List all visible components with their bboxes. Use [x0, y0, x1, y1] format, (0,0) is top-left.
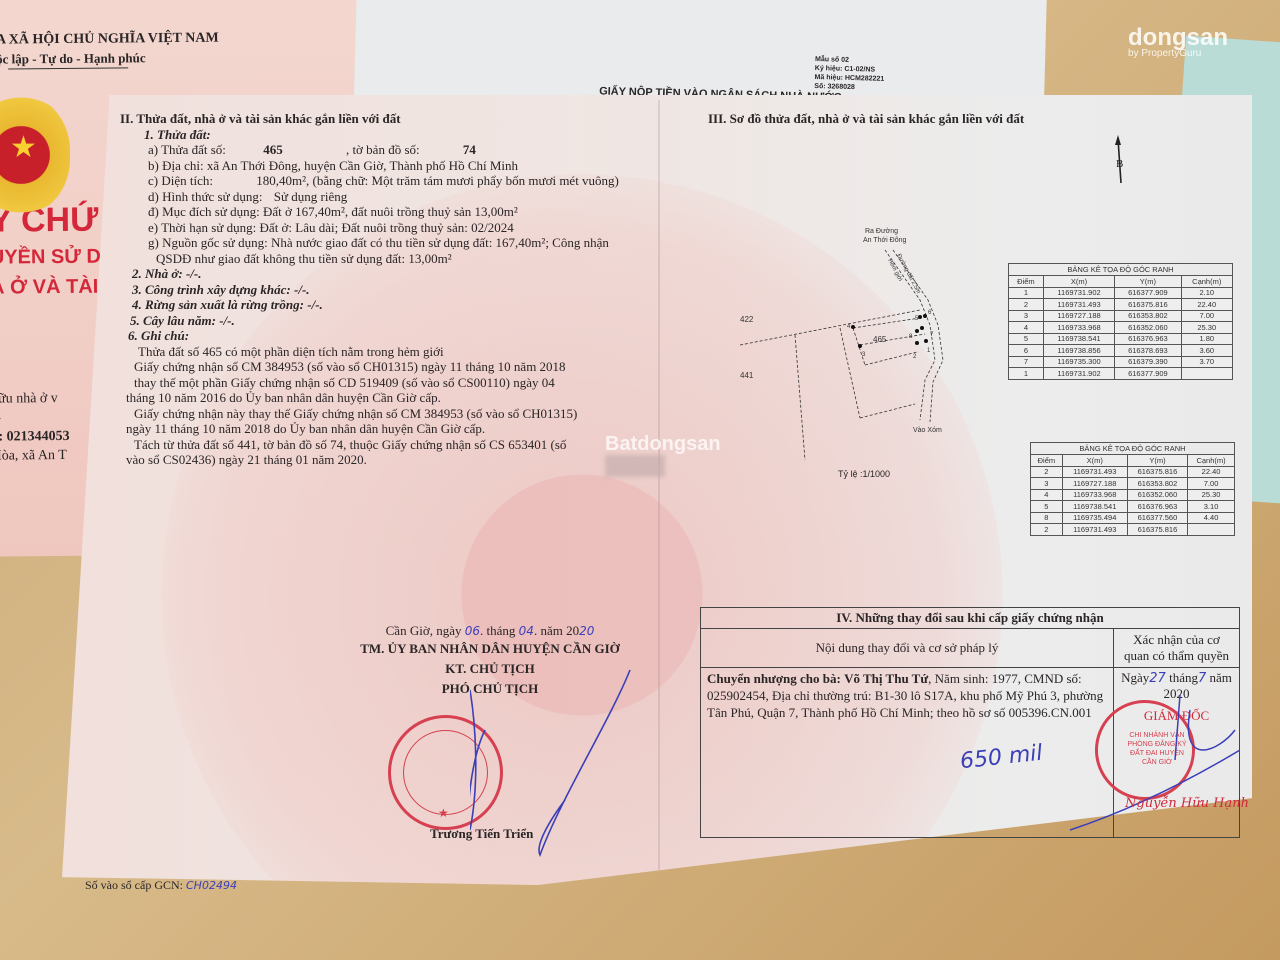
note-line: Tách từ thửa đất số 441, tờ bản đồ số 74…	[120, 437, 619, 453]
owner-line-4: Hòa, xã An T	[0, 448, 67, 465]
field-parcel: a) Thửa đất số: 465 , tờ bản đồ số: 74	[120, 142, 619, 158]
perennial-label: 5. Cây lâu năm:	[130, 313, 216, 328]
field-term: e) Thời hạn sử dụng: Đất ở: Lâu dài; Đất…	[120, 220, 619, 236]
owner-line-1: hữu nhà ở v	[0, 391, 58, 408]
note-line: ngày 11 tháng 10 năm 2018 do Ủy ban nhân…	[120, 421, 619, 437]
field-address: b) Địa chỉ: xã An Thới Đông, huyện Cần G…	[120, 158, 619, 174]
field-use-form: d) Hình thức sử dụng: Sử dụng riêng	[120, 189, 619, 205]
national-slogan: ộc lập - Tự do - Hạnh phúc	[0, 50, 146, 67]
house-value: -/-.	[186, 266, 202, 281]
origin-value: Nhà nước giao đất có thu tiền sử dụng đấ…	[271, 235, 609, 250]
land-heading: 1. Thửa đất:	[120, 127, 619, 143]
changes-col-header: Nội dung thay đổi và cơ sở pháp lý	[701, 629, 1114, 668]
table-cell: 1169738.541	[1062, 501, 1127, 513]
parcel-sketch-map: Ra ĐườngAn Thới ĐôngĐường đất 2,5mHẻm gi…	[735, 160, 995, 480]
divider	[8, 67, 128, 69]
table-cell: 3.60	[1181, 345, 1232, 357]
table-cell: 616377.909	[1115, 287, 1181, 299]
owner-line-2: G	[0, 412, 1, 428]
term-label: e) Thời hạn sử dụng:	[148, 220, 256, 235]
table-cell: 1	[1009, 368, 1044, 380]
column-header: Điểm	[1009, 276, 1044, 288]
confirm-day: 27	[1149, 671, 1166, 686]
month-label: tháng	[487, 623, 516, 638]
page-fold	[658, 100, 660, 870]
table-cell: 3.10	[1188, 501, 1235, 513]
confirm-signer-name: Nguyễn Hữu Hạnh	[1125, 796, 1249, 811]
coordinates-table-1: BẢNG KÊ TỌA ĐỘ GÓC RANHĐiểmX(m)Y(m)Cạnh(…	[1008, 263, 1233, 380]
note-line: Thửa đất số 465 có một phần diện tích nằ…	[120, 344, 619, 360]
svg-text:2: 2	[913, 354, 917, 360]
table-cell: 7.00	[1181, 310, 1232, 322]
origin-value-cont: QSDĐ như giao đất không thu tiền sử dụng…	[120, 251, 619, 267]
column-header: Y(m)	[1127, 455, 1187, 467]
issue-date: Cần Giờ, ngày 06. tháng 04. năm 2020	[330, 623, 650, 639]
table-cell	[1181, 368, 1232, 380]
table-cell: 25.30	[1181, 322, 1232, 334]
table-cell: 1169735.300	[1043, 356, 1114, 368]
address-label: b) Địa chỉ:	[148, 158, 204, 173]
center-watermark: Batdongsan	[605, 433, 721, 456]
table-cell: 616378.693	[1115, 345, 1181, 357]
table-cell: 616376.963	[1127, 501, 1187, 513]
svg-text:3: 3	[862, 352, 866, 358]
svg-text:An Thới Đông: An Thới Đông	[863, 237, 906, 244]
receipt-meta: Mẫu số 02 Ký hiệu: C1-02/NS Mã hiệu: HCM…	[814, 55, 885, 93]
purpose-label: đ) Mục đích sử dụng:	[148, 204, 260, 219]
column-header: Điểm	[1031, 455, 1063, 467]
map-sheet-value: 74	[463, 142, 476, 157]
notes-label: 6. Ghi chú:	[120, 328, 619, 344]
registry-number: Số vào sổ cấp GCN: CH02494	[85, 878, 237, 893]
note-line: Giấy chứng nhận này thay thế Giấy chứng …	[120, 406, 619, 422]
transfer-entry: Chuyển nhượng cho bà: Võ Thị Thu Tứ, Năm…	[701, 668, 1114, 838]
purpose-value: Đất ở 167,40m², đất nuôi trồng thuỷ sản …	[263, 204, 518, 219]
table-cell: 22.40	[1188, 466, 1235, 478]
perennial-value: -/-.	[219, 313, 235, 328]
table-cell: 1169738.856	[1043, 345, 1114, 357]
section4-title: IV. Những thay đổi sau khi cấp giấy chứn…	[701, 608, 1240, 629]
table-cell: 616353.802	[1127, 478, 1187, 490]
issue-month: 04	[519, 624, 534, 638]
national-motto: A XÃ HỘI CHỦ NGHĨA VIỆT NAM	[0, 31, 219, 49]
watermark-brand: dongsan	[1128, 24, 1228, 51]
table-row: 11169731.902616377.9092.10	[1009, 287, 1233, 299]
table-cell: 616377.909	[1115, 368, 1181, 380]
registry-label: Số vào sổ cấp GCN:	[85, 878, 183, 892]
table-cell: 2.10	[1181, 287, 1232, 299]
table-cell: 22.40	[1181, 299, 1232, 311]
table-caption: BẢNG KÊ TỌA ĐỘ GÓC RANH	[1008, 263, 1233, 275]
area-label: c) Diện tích:	[148, 173, 213, 188]
field-area: c) Diện tích: 180,40m², (bằng chữ: Một t…	[120, 173, 619, 189]
map-scale: Tỷ lệ :1/1000	[838, 469, 890, 479]
table-cell: 7	[1009, 356, 1044, 368]
issue-day: 06	[465, 624, 480, 638]
confirm-month-label: tháng	[1169, 670, 1198, 685]
use-form-value: Sử dụng riêng	[274, 189, 348, 204]
table-cell: 1169733.968	[1062, 489, 1127, 501]
table-cell: 2	[1031, 466, 1063, 478]
note-line: vào sổ CS02436) ngày 21 tháng 01 năm 202…	[120, 452, 619, 468]
table-cell: 5	[1031, 501, 1063, 513]
table-cell: 1169727.188	[1062, 478, 1127, 490]
house-label: 2. Nhà ở:	[132, 266, 183, 281]
table-cell: 1169731.902	[1043, 287, 1114, 299]
registry-value: CH02494	[186, 879, 237, 892]
table-cell: 616375.816	[1115, 299, 1181, 311]
table-cell: 616376.963	[1115, 333, 1181, 345]
svg-text:Vào Xóm: Vào Xóm	[913, 427, 942, 434]
column-header: X(m)	[1043, 276, 1114, 288]
table-cell: 616379.390	[1115, 356, 1181, 368]
other-works-label: 3. Công trình xây dựng khác:	[132, 282, 291, 297]
term-value: Đất ở: Lâu dài; Đất nuôi trồng thuỷ sản:…	[260, 220, 514, 235]
forest-label: 4. Rừng sản xuất là rừng trồng:	[132, 297, 304, 312]
north-arrow-icon: B	[1112, 135, 1132, 185]
note-line: Giấy chứng nhận số CM 384953 (số vào sổ …	[120, 359, 619, 375]
section2-title: II. Thửa đất, nhà ở và tài sản khác gắn …	[120, 111, 619, 127]
table-cell: 5	[1009, 333, 1044, 345]
table-row: 41169733.968616352.06025.30	[1031, 489, 1235, 501]
date-prefix: Cần Giờ, ngày	[386, 623, 462, 638]
table-row: 61169738.856616378.6933.60	[1009, 345, 1233, 357]
year-label: năm 20	[540, 623, 579, 638]
svg-text:1: 1	[927, 348, 931, 354]
table-cell: 2	[1031, 524, 1063, 536]
table-cell: 4	[1031, 489, 1063, 501]
table-cell	[1188, 524, 1235, 536]
table-row: 21169731.493616375.816	[1031, 524, 1235, 536]
table-row: 21169731.493616375.81622.40	[1031, 466, 1235, 478]
column-header: Cạnh(m)	[1181, 276, 1232, 288]
table-cell: 1169733.968	[1043, 322, 1114, 334]
certificate-subtitle-2: À Ở VÀ TÀI	[0, 276, 98, 300]
section3-title: III. Sơ đồ thửa đất, nhà ở và tài sản kh…	[708, 111, 1024, 127]
column-header: Y(m)	[1115, 276, 1181, 288]
table-cell: 2	[1009, 299, 1044, 311]
area-value: 180,40m², (bằng chữ: Một trăm tám mươi p…	[256, 173, 619, 188]
table-cell: 1169735.494	[1062, 512, 1127, 524]
transferee-name: Võ Thị Thu Tứ	[844, 671, 928, 686]
table-cell: 616377.560	[1127, 512, 1187, 524]
table-cell: 1	[1009, 287, 1044, 299]
table-cell: 616375.816	[1127, 524, 1187, 536]
table-cell: 616375.816	[1127, 466, 1187, 478]
table-cell: 1.80	[1181, 333, 1232, 345]
table-cell: 8	[1031, 512, 1063, 524]
table-cell: 4	[1009, 322, 1044, 334]
table-cell: 1169731.902	[1043, 368, 1114, 380]
redacted-area	[605, 455, 665, 477]
field-origin: g) Nguồn gốc sử dụng: Nhà nước giao đất …	[120, 235, 619, 251]
svg-text:4: 4	[847, 324, 851, 330]
table-cell: 1169731.493	[1043, 299, 1114, 311]
table-cell: 1169731.493	[1062, 466, 1127, 478]
table-cell: 616353.802	[1115, 310, 1181, 322]
confirm-day-label: Ngày	[1121, 670, 1149, 685]
table-cell: 1169731.493	[1062, 524, 1127, 536]
other-works-value: -/-.	[294, 282, 310, 297]
issuer-signer-name: Trương Tiến Triển	[430, 826, 533, 842]
notes-list: Thửa đất số 465 có một phần diện tích nằ…	[120, 344, 619, 468]
svg-text:B: B	[1116, 158, 1123, 170]
table-cell: 7.00	[1188, 478, 1235, 490]
coordinates-table-2: BẢNG KÊ TỌA ĐỘ GÓC RANHĐiểmX(m)Y(m)Cạnh(…	[1030, 442, 1235, 536]
svg-text:6: 6	[928, 310, 932, 316]
table-row: 11169731.902616377.909	[1009, 368, 1233, 380]
field-purpose: đ) Mục đích sử dụng: Đất ở 167,40m², đất…	[120, 204, 619, 220]
table-row: 31169727.188616353.8027.00	[1031, 478, 1235, 490]
table-row: 31169727.188616353.8027.00	[1009, 310, 1233, 322]
section-land-info: II. Thửa đất, nhà ở và tài sản khác gắn …	[120, 111, 619, 468]
column-header: Cạnh(m)	[1188, 455, 1235, 467]
table-cell: 25.30	[1188, 489, 1235, 501]
table-cell: 4.40	[1188, 512, 1235, 524]
table-row: 51169738.541616376.9633.10	[1031, 501, 1235, 513]
issuer-org: TM. ỦY BAN NHÂN DÂN HUYỆN CẦN GIỜ	[330, 639, 650, 659]
table-cell: 616352.060	[1127, 489, 1187, 501]
table-cell: 1169727.188	[1043, 310, 1114, 322]
column-header: X(m)	[1062, 455, 1127, 467]
table-row: 81169735.494616377.5604.40	[1031, 512, 1235, 524]
issue-year: 20	[579, 624, 594, 638]
svg-text:7: 7	[930, 332, 934, 338]
note-line: tháng 10 năm 2016 do Ủy ban nhân dân huy…	[120, 390, 619, 406]
svg-text:441: 441	[740, 371, 754, 380]
owner-line-3: ố: 021344053	[0, 429, 70, 446]
table-cell: 3.70	[1181, 356, 1232, 368]
table-cell: 616352.060	[1115, 322, 1181, 334]
table-caption: BẢNG KÊ TỌA ĐỘ GÓC RANH	[1030, 442, 1235, 454]
table-row: 51169738.541616376.9631.80	[1009, 333, 1233, 345]
certificate-subtitle-1: UYỀN SỬ D	[0, 246, 101, 270]
table-cell: 6	[1009, 345, 1044, 357]
table-cell: 1169738.541	[1043, 333, 1114, 345]
parcel-value: 465	[263, 142, 283, 157]
table-row: 41169733.968616352.06025.30	[1009, 322, 1233, 334]
confirm-month: 7	[1198, 671, 1206, 686]
confirm-col-header: Xác nhận của cơ quan có thẩm quyền	[1114, 629, 1240, 668]
origin-label: g) Nguồn gốc sử dụng:	[148, 235, 268, 250]
map-sheet-label: , tờ bản đồ số:	[346, 142, 420, 157]
forest-value: -/-.	[307, 297, 323, 312]
table-row: 71169735.300616379.3903.70	[1009, 356, 1233, 368]
table-cell: 3	[1031, 478, 1063, 490]
address-value: xã An Thới Đông, huyện Cần Giờ, Thành ph…	[207, 158, 518, 173]
svg-text:8: 8	[909, 334, 913, 340]
table-cell: 3	[1009, 310, 1044, 322]
brand-watermark: dongsan by PropertyGuru	[1128, 24, 1228, 59]
svg-text:465: 465	[873, 335, 887, 344]
use-form-label: d) Hình thức sử dụng:	[148, 189, 262, 204]
confirm-signature-icon	[1060, 690, 1240, 840]
svg-text:Ra Đường: Ra Đường	[865, 228, 898, 235]
svg-text:422: 422	[740, 315, 754, 324]
table-row: 21169731.493616375.81622.40	[1009, 299, 1233, 311]
parcel-label: a) Thửa đất số:	[148, 142, 226, 157]
transfer-label: Chuyển nhượng cho bà:	[707, 671, 841, 686]
note-line: thay thế một phần Giấy chứng nhận số CD …	[120, 375, 619, 391]
